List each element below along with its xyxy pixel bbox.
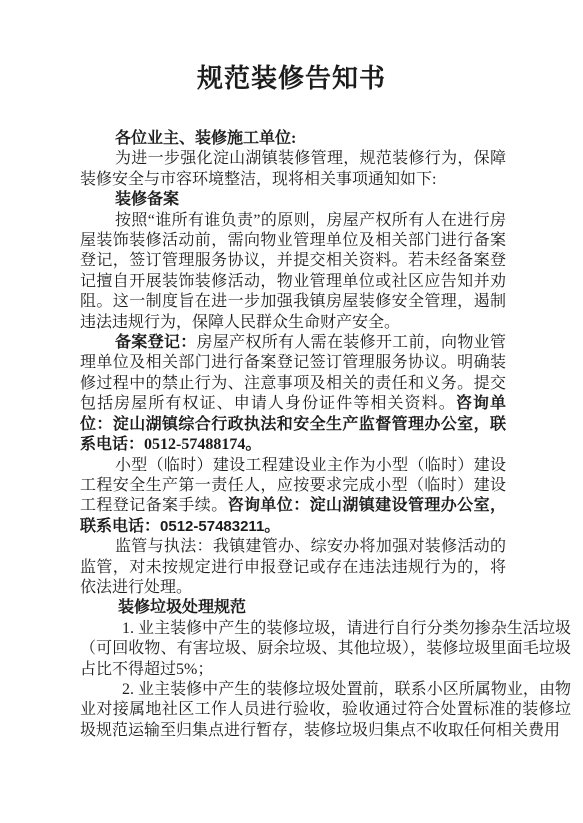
section-renovation-filing: 各位业主、装修施工单位: 为进一步强化淀山湖镇装修管理，规范装修行为，保障装修安… <box>80 129 506 598</box>
para2-period: 。 <box>245 436 261 453</box>
intro-paragraph: 为进一步强化淀山湖镇装修管理，规范装修行为，保障装修安全与市容环境整洁，现将相关… <box>80 149 506 190</box>
para3-phone-number: 0512-57483211 <box>160 518 264 535</box>
section1-para4: 监管与执法：我镇建管办、综安办将加强对装修活动的监管，对未按规定进行申报登记或存… <box>80 537 506 598</box>
section1-heading: 装修备案 <box>80 190 506 210</box>
para2-label: 备案登记： <box>115 334 197 351</box>
document-body: 各位业主、装修施工单位: 为进一步强化淀山湖镇装修管理，规范装修行为，保障装修安… <box>80 129 571 741</box>
section1-para2: 备案登记：房屋产权所有人需在装修开工前，向物业管理单位及相关部门进行备案登记签订… <box>80 333 506 455</box>
para3-period: 。 <box>264 518 280 535</box>
section1-para1: 按照“谁所有谁负责”的原则，房屋产权所有人在进行房屋装饰装修活动前，需向物业管理… <box>80 211 506 333</box>
section2-item-2: 2. 业主装修中产生的装修垃圾处置前，联系小区所属物业，由物业对接属地社区工作人… <box>80 680 571 741</box>
section2-item-1: 1. 业主装修中产生的装修垃圾，请进行自行分类勿掺杂生活垃圾（可回收物、有害垃圾… <box>80 619 571 680</box>
document-title: 规范装修告知书 <box>0 62 583 96</box>
section2-heading: 装修垃圾处理规范 <box>80 598 571 618</box>
section-waste-disposal: 装修垃圾处理规范 1. 业主装修中产生的装修垃圾，请进行自行分类勿掺杂生活垃圾（… <box>80 598 571 741</box>
para2-phone-number: 0512-57488174 <box>144 436 245 453</box>
salutation: 各位业主、装修施工单位: <box>80 129 506 149</box>
section1-para3: 小型（临时）建设工程建设业主作为小型（临时）建设工程安全生产第一责任人，应按要求… <box>80 456 506 538</box>
document-page: 规范装修告知书 各位业主、装修施工单位: 为进一步强化淀山湖镇装修管理，规范装修… <box>0 0 583 823</box>
